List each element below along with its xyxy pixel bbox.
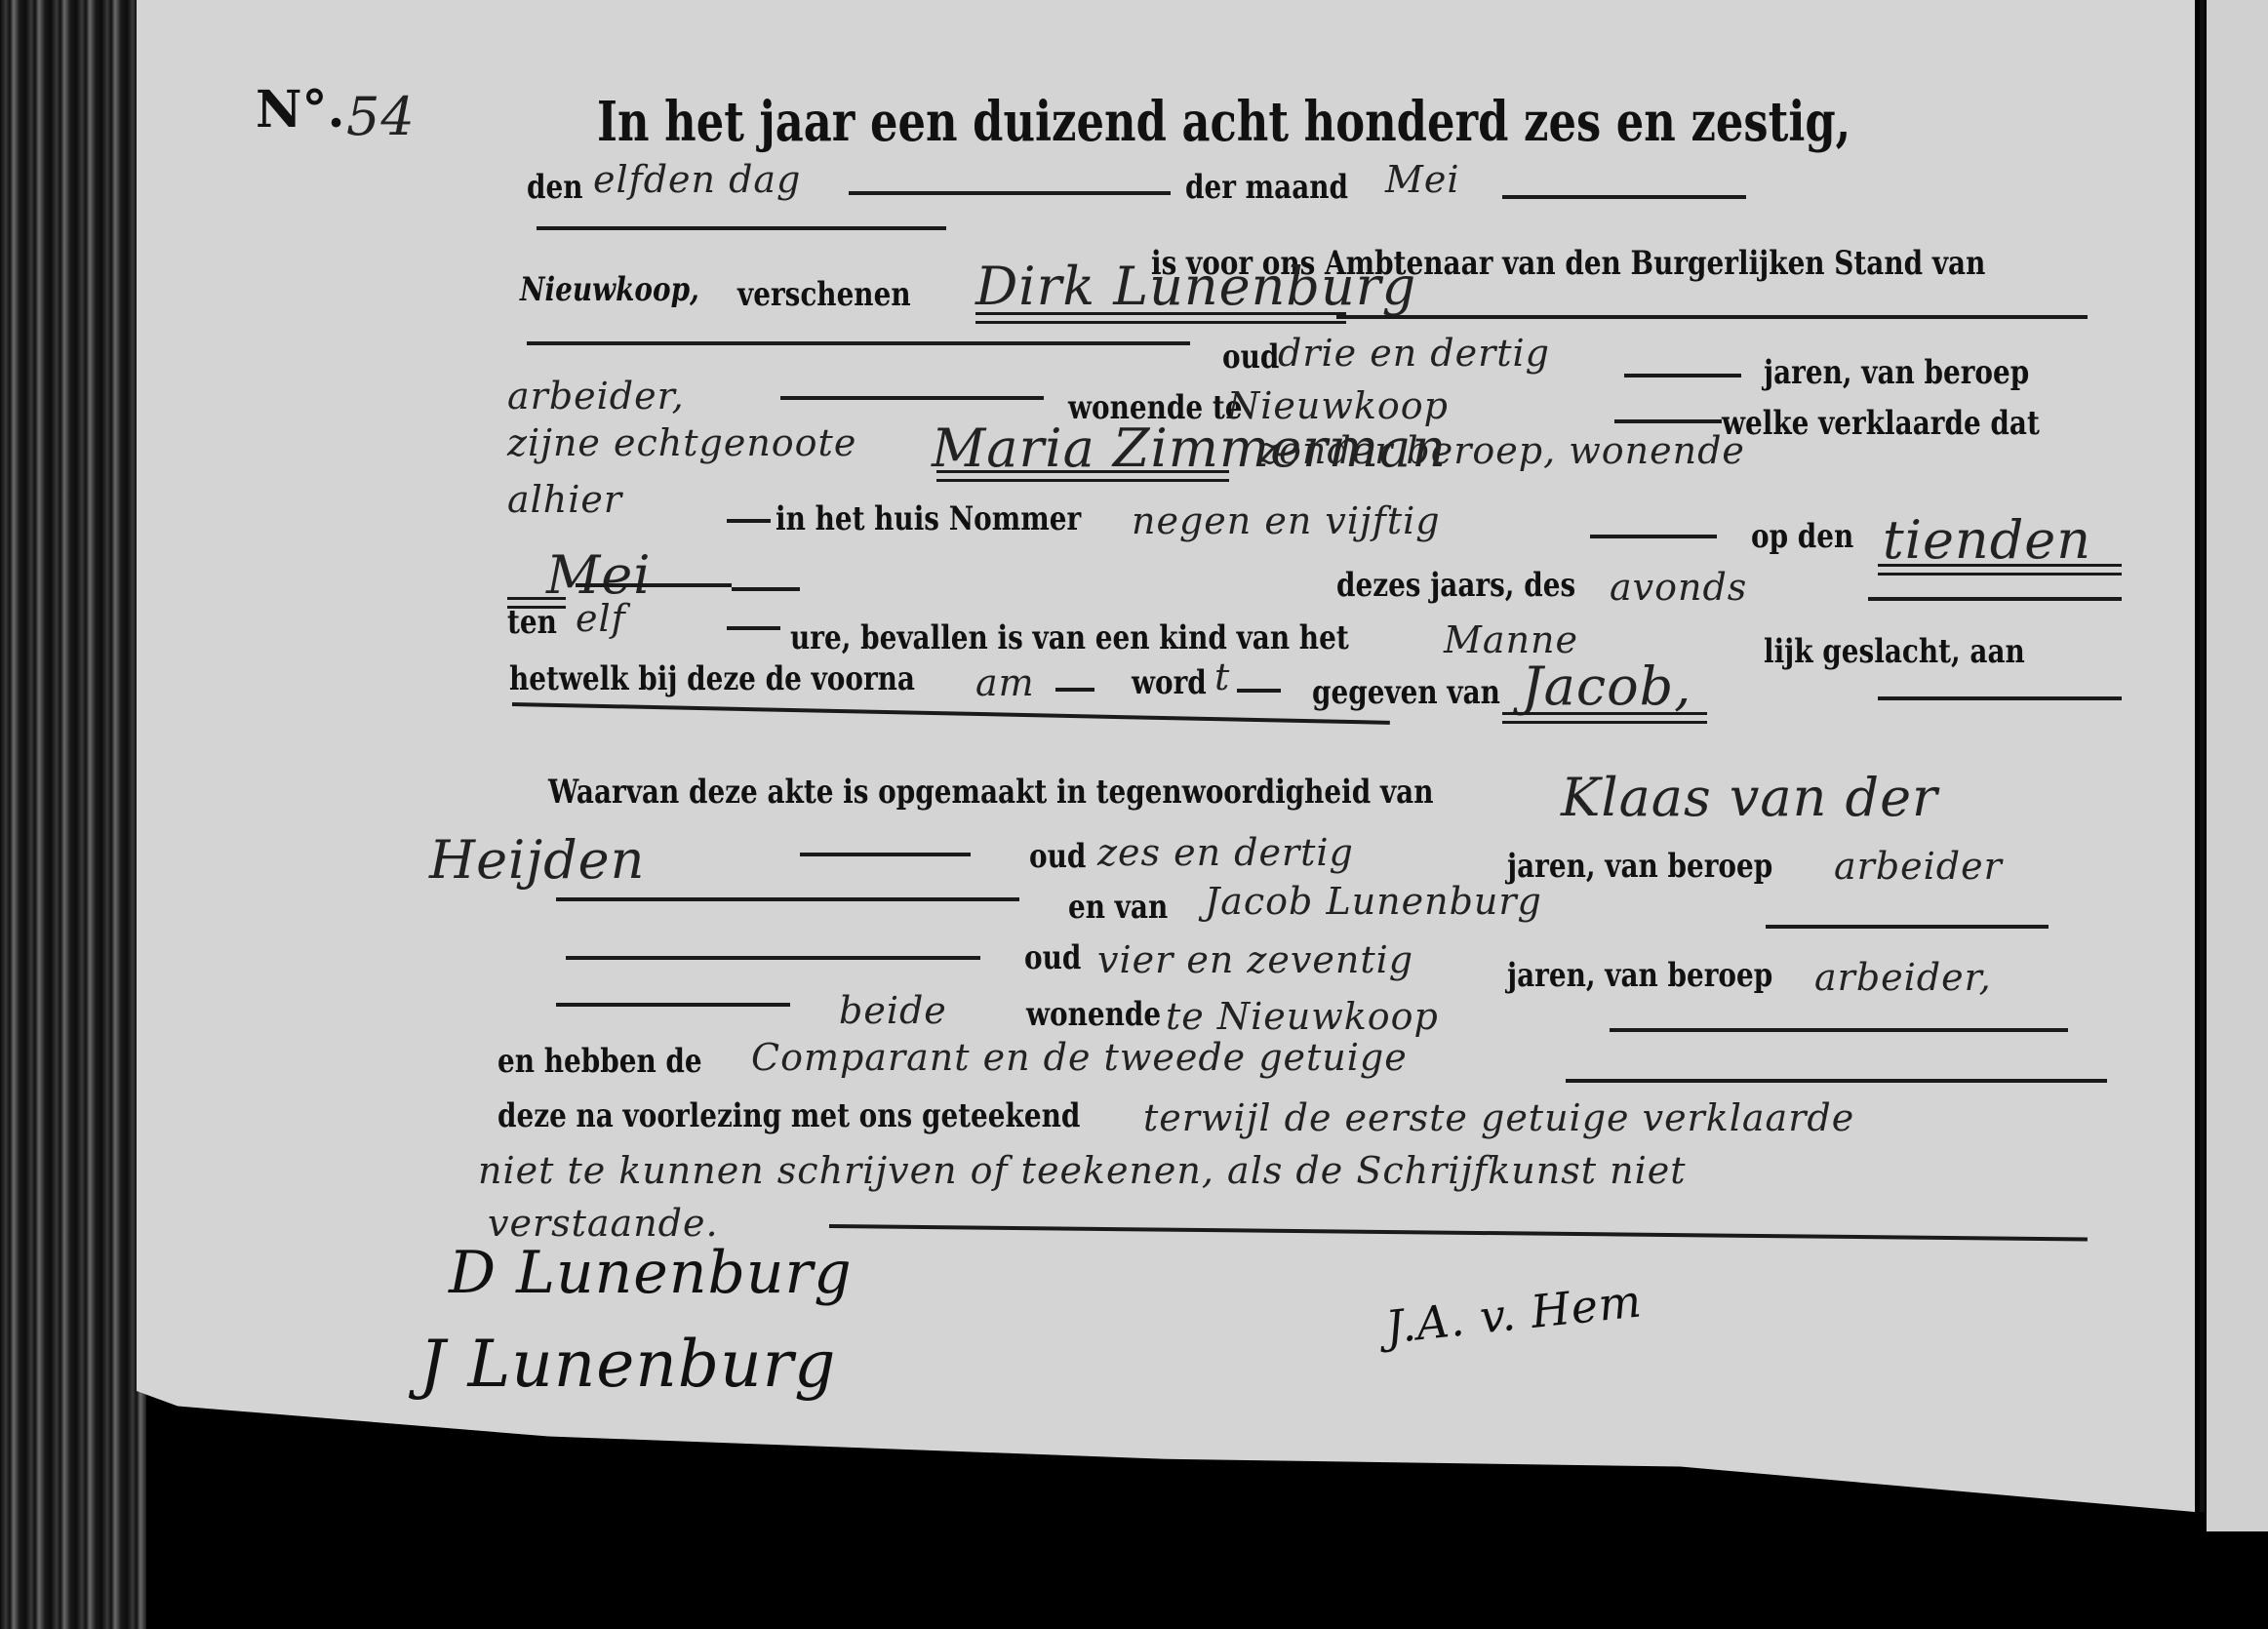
field-birth-day: tienden <box>1883 509 2091 571</box>
fill-rule <box>566 956 980 960</box>
label-ure-bevallen: ure, bevallen is van een kind van het <box>790 618 1349 657</box>
fill-rule <box>556 1003 790 1007</box>
fill-rule <box>556 897 1019 901</box>
book-spine <box>0 0 146 1629</box>
label-jaren-beroep: jaren, van beroep <box>1764 353 2029 392</box>
signature-declarant: D Lunenburg <box>449 1239 853 1307</box>
label-dezes-jaars: dezes jaars, des <box>1336 566 1575 605</box>
label-en-van: en van <box>1068 888 1168 927</box>
record-number-label: N°. <box>256 80 345 139</box>
municipality: Nieuwkoop, <box>520 270 699 309</box>
label-gegeven-van: gegeven van <box>1312 673 1500 712</box>
field-time-of-day: avonds <box>1610 566 1747 609</box>
fill-rule <box>1502 195 1746 199</box>
fill-rule <box>1614 419 1722 423</box>
field-mother-residence: alhier <box>507 478 622 521</box>
field-witness2-occupation: arbeider, <box>1814 956 1992 999</box>
field-witness1-age: zes en dertig <box>1097 831 1354 874</box>
fill-rule <box>1624 374 1741 377</box>
fill-rule <box>1055 688 1094 692</box>
fill-rule <box>727 519 771 523</box>
next-page-edge <box>2207 0 2268 1531</box>
underline <box>936 470 1229 473</box>
fill-rule <box>1566 1079 2107 1083</box>
underline <box>507 597 566 600</box>
fill-rule <box>1878 696 2122 700</box>
label-deze-na-voorlezing: deze na voorlezing met ons geteekend <box>497 1096 1080 1135</box>
label-op-den: op den <box>1751 517 1853 556</box>
field-house-number: negen en vijftig <box>1132 499 1441 542</box>
fill-rule <box>1610 1028 2068 1032</box>
label-der-maand: der maand <box>1185 168 1348 207</box>
label-verschenen: verschenen <box>737 275 911 314</box>
fill-rule <box>1237 689 1281 693</box>
fill-rule <box>727 626 780 630</box>
field-note-line-2: niet te kunnen schrijven of teekenen, al… <box>478 1149 1686 1192</box>
field-witness1-name-b: Heijden <box>429 829 645 891</box>
field-both: beide <box>839 989 947 1032</box>
signature-witness: J Lunenburg <box>419 1327 836 1402</box>
label-en-hebben: en hebben de <box>497 1042 702 1081</box>
field-witness2-age: vier en zeventig <box>1097 938 1413 981</box>
field-word-suffix: t <box>1214 656 1230 698</box>
field-both-residence: te Nieuwkoop <box>1166 995 1439 1038</box>
fill-rule <box>780 396 1044 400</box>
fill-rule <box>800 853 971 856</box>
underline <box>1502 712 1707 715</box>
field-month: Mei <box>1385 158 1460 201</box>
label-jaren-beroep-2: jaren, van beroep <box>1507 847 1772 886</box>
record-number: 54 <box>346 86 416 147</box>
label-jaren-beroep-3: jaren, van beroep <box>1507 956 1772 995</box>
field-note-line-1: terwijl de eerste getuige verklaarde <box>1143 1096 1854 1139</box>
fill-rule <box>1590 535 1717 538</box>
fill-rule <box>1336 315 2088 319</box>
page-edge <box>2200 0 2205 1512</box>
label-oud: oud <box>1222 338 1279 377</box>
field-declarant-age: drie en dertig <box>1278 332 1550 375</box>
field-witness1-occupation: arbeider <box>1834 845 2003 888</box>
field-witness2-name: Jacob Lunenburg <box>1205 880 1542 923</box>
label-ten: ten <box>507 603 557 642</box>
fill-rule <box>576 583 732 587</box>
label-den: den <box>527 168 583 207</box>
fill-rule <box>527 341 1190 345</box>
field-day: elfden dag <box>593 158 801 201</box>
fill-rule <box>537 226 946 230</box>
page-heading: In het jaar een duizend acht honderd zes… <box>597 90 1850 154</box>
fill-rule <box>1868 597 2122 601</box>
label-wonende-2: wonende <box>1026 995 1161 1034</box>
label-oud-2: oud <box>1029 837 1086 876</box>
field-child-name: Jacob, <box>1522 656 1691 717</box>
label-huis-nommer: in het huis Nommer <box>776 499 1081 538</box>
field-hour: elf <box>576 597 626 640</box>
label-welke-verklaarde: welke verklaarde dat <box>1722 404 2040 443</box>
label-oud-3: oud <box>1024 938 1081 977</box>
label-hetwelk: hetwelk bij deze de voorna <box>509 659 915 698</box>
field-name-suffix: am <box>975 661 1035 704</box>
label-waarvan: Waarvan deze akte is opgemaakt in tegenw… <box>548 773 1433 812</box>
field-wife-prefix: zijne echtgenoote <box>507 421 856 464</box>
label-lijk-geslacht: lijk geslacht, aan <box>1764 632 2025 671</box>
fill-rule <box>849 191 1171 195</box>
field-mother-occupation: zonder beroep, wonende <box>1258 429 1745 472</box>
field-declarant-name: Dirk Lunenburg <box>975 256 1416 317</box>
field-declarant-occupation: arbeider, <box>507 375 685 417</box>
fill-rule <box>732 587 800 591</box>
underline <box>1878 564 2122 567</box>
label-word: word <box>1132 663 1207 702</box>
register-page <box>137 0 2195 1512</box>
field-witness1-name-a: Klaas van der <box>1561 767 1938 828</box>
fill-rule <box>1766 925 2049 929</box>
underline <box>975 312 1346 315</box>
field-signers: Comparant en de tweede getuige <box>751 1036 1408 1079</box>
